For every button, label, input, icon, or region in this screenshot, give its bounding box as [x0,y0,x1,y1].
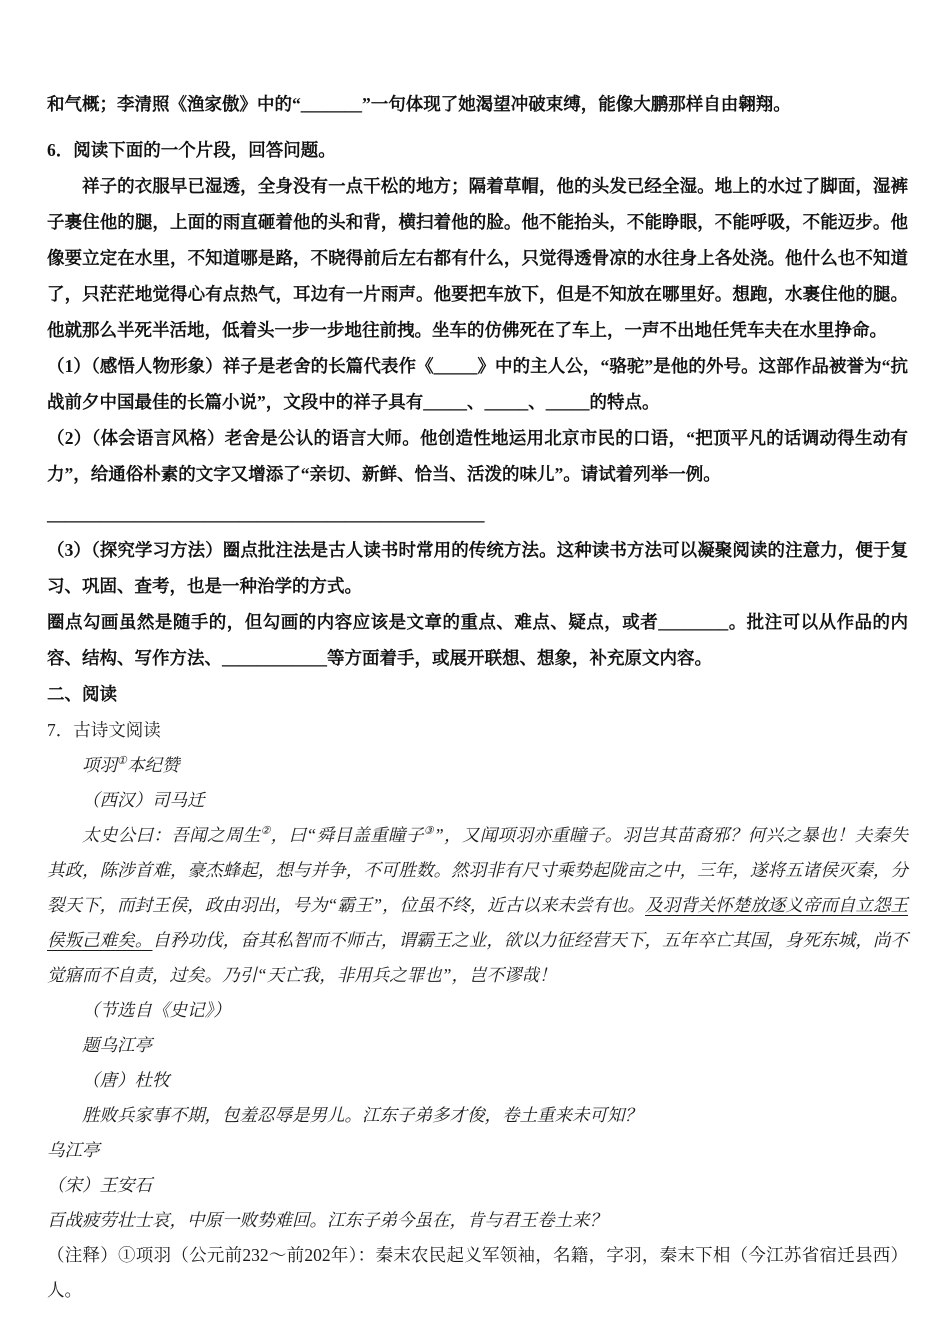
poem2-author: （宋）王安石 [47,1168,908,1203]
poem1-title: 题乌江亭 [47,1028,908,1063]
poem1-text: 胜败兵家事不期，包羞忍辱是男儿。江东子弟多才俊，卷土重来未可知？ [47,1098,908,1133]
q6-sub1: （1）（感悟人物形象）祥子是老舍的长篇代表作《_____》中的主人公，“骆驼”是… [47,348,908,420]
prose-source: （节选自《史记》） [47,993,908,1028]
poem2-title: 乌江亭 [47,1133,908,1168]
q5-continuation-line: 和气概；李清照《渔家傲》中的“_______”一句体现了她渴望冲破束缚，能像大鹏… [47,86,908,122]
section2-title: 二、阅读 [47,676,908,712]
prose-title-text: 项羽 [82,755,117,775]
q6-reading-passage: 祥子的衣服早已湿透，全身没有一点干松的地方；隔着草帽，他的头发已经全湿。地上的水… [47,168,908,348]
footnote-marker-3: ③ [424,825,434,837]
q6-heading: 6．阅读下面的一个片段，回答问题。 [47,132,908,168]
q6-answer-blank-line: ________________________________________… [47,496,908,532]
footnote-line: （注释）①项羽（公元前232～前202年）：秦末农民起义军领袖，名籍，字羽，秦末… [47,1238,908,1308]
q6-sub3-para1: （3）（探究学习方法）圈点批注法是古人读书时常用的传统方法。这种读书方法可以凝聚… [47,532,908,604]
prose-title: 项羽①本纪赞 [47,748,908,783]
footnote-marker-1: ① [117,755,127,767]
passage-part-1: 太史公曰：吾闻之周生 [82,825,261,845]
poem2-text: 百战疲劳壮士哀，中原一败势难回。江东子弟今虽在，肯与君王卷土来？ [47,1203,908,1238]
footnote-marker-2: ② [261,825,271,837]
passage-part-2: ，曰“舜目盖重瞳子 [271,825,424,845]
passage-part-4: 自矜功伐，奋其私智而不师古，谓霸王之业，欲以力征经营天下，五年卒亡其国，身死东城… [47,930,908,985]
q6-sub3-para2: 圈点勾画虽然是随手的，但勾画的内容应该是文章的重点、难点、疑点，或者______… [47,604,908,676]
q7-heading: 7．古诗文阅读 [47,712,908,748]
exam-page: 和气概；李清照《渔家傲》中的“_______”一句体现了她渴望冲破束缚，能像大鹏… [0,0,950,1344]
q6-sub2: （2）（体会语言风格）老舍是公认的语言大师。他创造性地运用北京市民的口语，“把顶… [47,420,908,492]
prose-title-text-2: 本纪赞 [127,755,180,775]
prose-author: （西汉）司马迁 [47,783,908,818]
poem1-author: （唐）杜牧 [47,1063,908,1098]
prose-passage: 太史公曰：吾闻之周生②，曰“舜目盖重瞳子③”，又闻项羽亦重瞳子。羽岂其苗裔邪？何… [47,818,908,993]
